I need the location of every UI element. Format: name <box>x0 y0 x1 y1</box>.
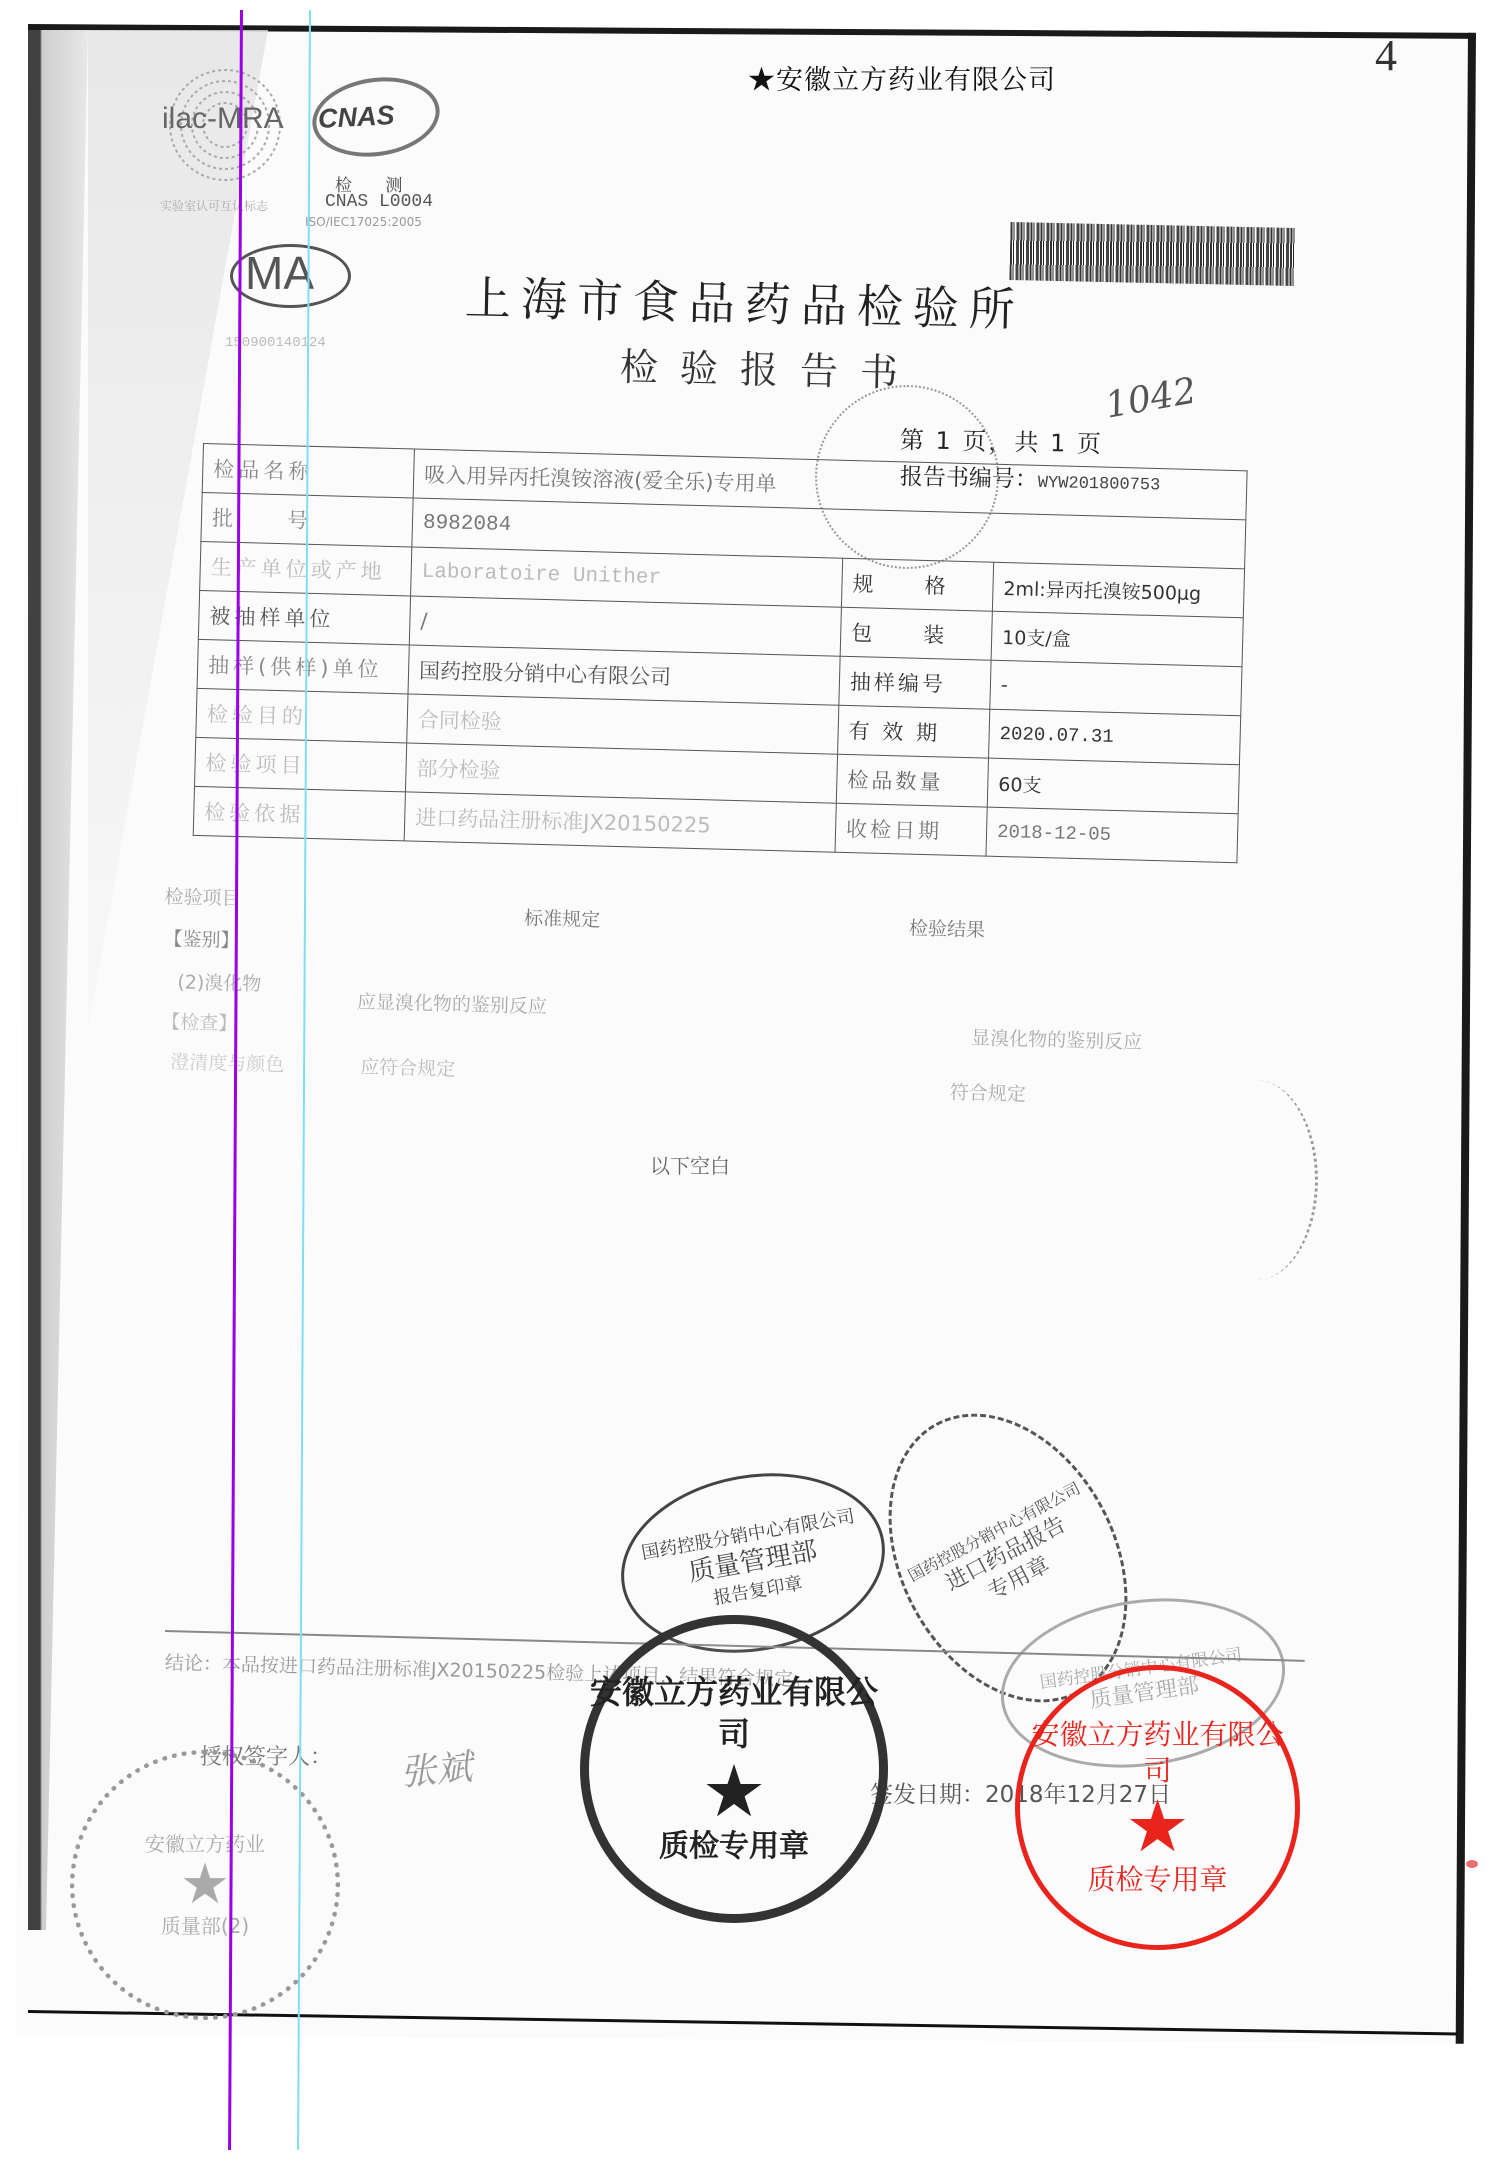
value-sampling-no: - <box>990 660 1242 716</box>
scanned-document: ★安徽立方药业有限公司 4 ilac-MRA 实验室认可互认标志 CNAS 检 … <box>0 0 1500 2159</box>
results-result-bromide: 显溴化物的鉴别反应 <box>971 1023 1143 1054</box>
label-receipt-date: 收检日期 <box>835 803 987 856</box>
sample-info-table: 检品名称 吸入用异丙托溴铵溶液(爱全乐)专用单 批 号 8982084 生产单位… <box>193 443 1248 863</box>
results-section-inspection: 【检查】 <box>161 1007 238 1036</box>
label-sampled-unit: 被抽样单位 <box>198 590 410 645</box>
stamp-text: 安徽立方药业有限公司 <box>589 1672 879 1755</box>
results-header-item: 检验项目 <box>164 882 241 911</box>
ink-speck <box>1466 1860 1478 1868</box>
label-sampling-no: 抽样编号 <box>839 656 991 709</box>
results-section-identification: 【鉴别】 <box>163 924 240 953</box>
ilac-mra-label: ilac-MRA <box>162 102 284 136</box>
results-standard-clarity: 应符合规定 <box>360 1052 456 1081</box>
results-result-clarity: 符合规定 <box>949 1078 1026 1107</box>
label-expiry: 有 效 期 <box>838 705 990 758</box>
blank-below-note: 以下空白 <box>650 1150 730 1179</box>
institute-title: 上海市食品药品检验所 <box>464 262 1025 340</box>
value-receipt-date: 2018-12-05 <box>986 807 1238 863</box>
label-quantity: 检品数量 <box>836 754 988 807</box>
qc-stamp-red: 安徽立方药业有限公司 ★ 质检专用章 <box>1015 1665 1300 1950</box>
label-test-items: 检验项目 <box>195 737 407 792</box>
results-standard-bromide: 应显溴化物的鉴别反应 <box>357 987 548 1019</box>
faded-stamp-right <box>1195 1080 1318 1280</box>
stamp-text: 质检专用章 <box>1087 1862 1227 1898</box>
cnas-label: CNAS <box>317 100 395 135</box>
label-test-basis: 检验依据 <box>193 786 405 841</box>
stamp-text: 质检专用章 <box>659 1827 809 1866</box>
results-item-clarity: 澄清度与颜色 <box>170 1047 285 1077</box>
label-purpose: 检验目的 <box>196 688 408 743</box>
value-expiry: 2020.07.31 <box>989 709 1241 765</box>
value-packaging: 10支/盒 <box>991 611 1243 667</box>
cnas-caption-standard: ISO/IEC17025:2005 <box>305 215 422 229</box>
results-item-bromide: (2)溴化物 <box>177 967 262 996</box>
cma-label: MA <box>245 246 314 300</box>
star-icon: ★ <box>180 1857 230 1913</box>
label-specification: 规 格 <box>841 558 993 611</box>
value-quantity: 60支 <box>987 758 1239 814</box>
cnas-caption-number: CNAS L0004 <box>325 192 433 212</box>
results-header-standard: 标准规定 <box>524 903 601 932</box>
results-header-result: 检验结果 <box>909 913 986 942</box>
report-subtitle: 检验报告书 <box>619 336 920 397</box>
stamp-text: 安徽立方药业有限公司 <box>1020 1717 1295 1790</box>
issue-date-label: 签发日期： <box>870 1782 985 1808</box>
label-packaging: 包 装 <box>840 607 992 660</box>
value-specification: 2ml:异丙托溴铵500μg <box>992 562 1244 618</box>
signature: 张斌 <box>398 1739 474 1796</box>
barcode-icon <box>1009 222 1295 286</box>
star-icon: ★ <box>1125 1790 1190 1862</box>
qc-stamp-black: 安徽立方药业有限公司 ★ 质检专用章 <box>580 1615 888 1923</box>
company-header: ★安徽立方药业有限公司 <box>748 58 1056 97</box>
ilac-caption: 实验室认可互认标志 <box>160 197 268 214</box>
label-sampling-unit: 抽样(供样)单位 <box>197 639 409 694</box>
stamp-text: 质量部(2) <box>161 1913 249 1939</box>
star-icon: ★ <box>702 1755 767 1827</box>
handwritten-page-mark: 4 <box>1375 30 1397 81</box>
